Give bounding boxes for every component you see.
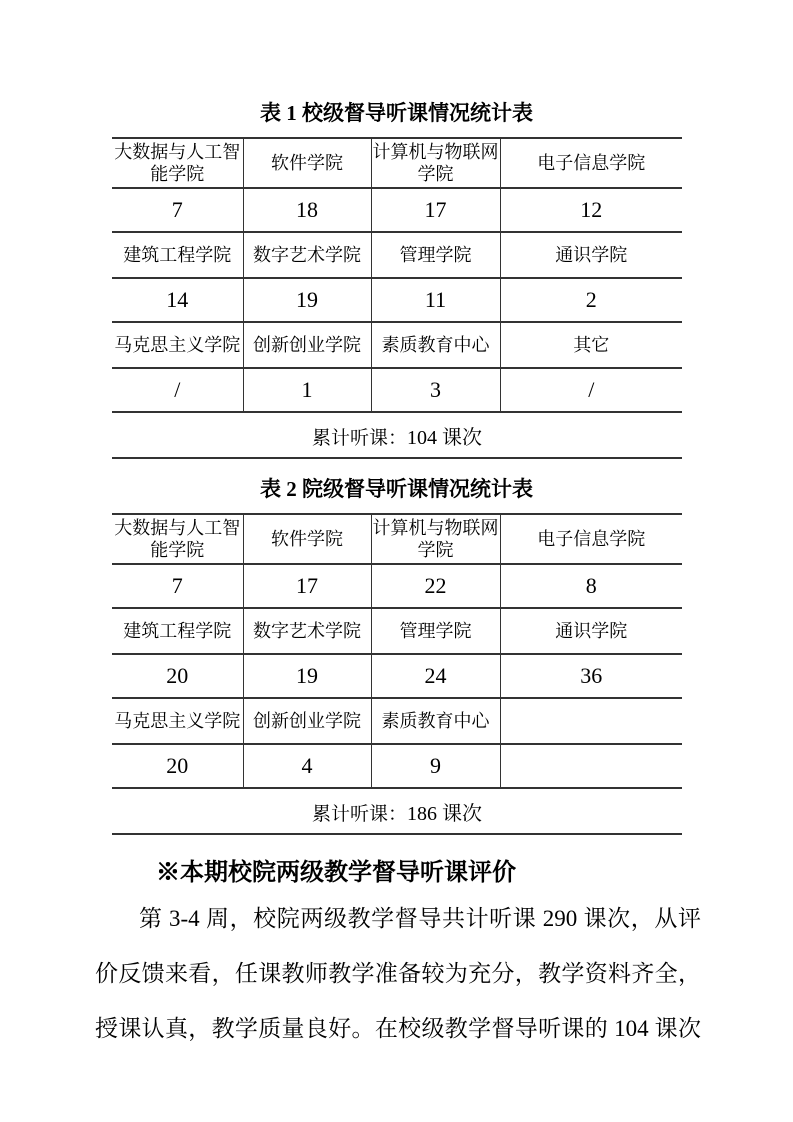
count-cell: 11 bbox=[371, 278, 500, 322]
document-page: 表 1 校级督导听课情况统计表 大数据与人工智能学院 软件学院 计算机与物联网学… bbox=[0, 0, 793, 1122]
table-row: 20 19 24 36 bbox=[112, 654, 682, 698]
dept-header-cell: 数字艺术学院 bbox=[243, 608, 371, 654]
count-cell: 12 bbox=[500, 188, 682, 232]
dept-header-cell bbox=[500, 698, 682, 744]
dept-header-cell: 创新创业学院 bbox=[243, 322, 371, 368]
count-cell: 4 bbox=[243, 744, 371, 788]
total-value: 186 课次 bbox=[407, 803, 482, 825]
count-cell: 36 bbox=[500, 654, 682, 698]
count-cell: 17 bbox=[243, 564, 371, 608]
table1-total-cell: 累计听课：104 课次 bbox=[112, 412, 682, 458]
table-row: 马克思主义学院 创新创业学院 素质教育中心 其它 bbox=[112, 322, 682, 368]
count-cell: / bbox=[112, 368, 243, 412]
dept-header-cell: 数字艺术学院 bbox=[243, 232, 371, 278]
dept-header-cell: 大数据与人工智能学院 bbox=[112, 138, 243, 188]
count-cell: / bbox=[500, 368, 682, 412]
count-cell: 2 bbox=[500, 278, 682, 322]
total-label: 累计听课： bbox=[312, 804, 407, 825]
dept-header-cell: 计算机与物联网学院 bbox=[371, 514, 500, 564]
table1-title: 表 1 校级督导听课情况统计表 bbox=[0, 100, 793, 126]
dept-header-cell: 建筑工程学院 bbox=[112, 608, 243, 654]
dept-header-cell: 马克思主义学院 bbox=[112, 698, 243, 744]
table-total-row: 累计听课：104 课次 bbox=[112, 412, 682, 458]
table-row: / 1 3 / bbox=[112, 368, 682, 412]
count-cell: 7 bbox=[112, 188, 243, 232]
paragraph-line: 第 3-4 周，校院两级教学督导共计听课 290 课次，从评 bbox=[95, 901, 701, 937]
dept-header-cell: 创新创业学院 bbox=[243, 698, 371, 744]
total-label: 累计听课： bbox=[312, 428, 407, 449]
section-heading: ※本期校院两级教学督导听课评价 bbox=[95, 857, 701, 889]
count-cell: 9 bbox=[371, 744, 500, 788]
dept-header-cell: 软件学院 bbox=[243, 138, 371, 188]
count-cell: 24 bbox=[371, 654, 500, 698]
count-cell: 18 bbox=[243, 188, 371, 232]
table-row: 马克思主义学院 创新创业学院 素质教育中心 bbox=[112, 698, 682, 744]
paragraph-line: 价反馈来看，任课教师教学准备较为充分，教学资料齐全， bbox=[95, 956, 701, 992]
dept-header-cell: 软件学院 bbox=[243, 514, 371, 564]
table2-title: 表 2 院级督导听课情况统计表 bbox=[0, 476, 793, 502]
count-cell: 20 bbox=[112, 654, 243, 698]
dept-header-cell: 素质教育中心 bbox=[371, 698, 500, 744]
dept-header-cell: 通识学院 bbox=[500, 232, 682, 278]
dept-header-cell: 通识学院 bbox=[500, 608, 682, 654]
table-row: 大数据与人工智能学院 软件学院 计算机与物联网学院 电子信息学院 bbox=[112, 138, 682, 188]
count-cell: 19 bbox=[243, 278, 371, 322]
table-row: 14 19 11 2 bbox=[112, 278, 682, 322]
count-cell: 14 bbox=[112, 278, 243, 322]
table2-total-cell: 累计听课：186 课次 bbox=[112, 788, 682, 834]
count-cell: 22 bbox=[371, 564, 500, 608]
table-row: 建筑工程学院 数字艺术学院 管理学院 通识学院 bbox=[112, 608, 682, 654]
dept-header-cell: 电子信息学院 bbox=[500, 138, 682, 188]
table-row: 20 4 9 bbox=[112, 744, 682, 788]
dept-header-cell: 管理学院 bbox=[371, 608, 500, 654]
dept-header-cell: 计算机与物联网学院 bbox=[371, 138, 500, 188]
dept-header-cell: 建筑工程学院 bbox=[112, 232, 243, 278]
total-value: 104 课次 bbox=[407, 427, 482, 449]
table-row: 7 18 17 12 bbox=[112, 188, 682, 232]
count-cell: 17 bbox=[371, 188, 500, 232]
count-cell: 19 bbox=[243, 654, 371, 698]
table1: 大数据与人工智能学院 软件学院 计算机与物联网学院 电子信息学院 7 18 17… bbox=[112, 137, 682, 459]
table-total-row: 累计听课：186 课次 bbox=[112, 788, 682, 834]
count-cell: 1 bbox=[243, 368, 371, 412]
count-cell: 3 bbox=[371, 368, 500, 412]
paragraph-line: 授课认真，教学质量良好。在校级教学督导听课的 104 课次 bbox=[95, 1011, 701, 1047]
dept-header-cell: 马克思主义学院 bbox=[112, 322, 243, 368]
dept-header-cell: 电子信息学院 bbox=[500, 514, 682, 564]
table-row: 建筑工程学院 数字艺术学院 管理学院 通识学院 bbox=[112, 232, 682, 278]
dept-header-cell: 管理学院 bbox=[371, 232, 500, 278]
table-row: 7 17 22 8 bbox=[112, 564, 682, 608]
count-cell: 7 bbox=[112, 564, 243, 608]
dept-header-cell: 大数据与人工智能学院 bbox=[112, 514, 243, 564]
count-cell bbox=[500, 744, 682, 788]
table-row: 大数据与人工智能学院 软件学院 计算机与物联网学院 电子信息学院 bbox=[112, 514, 682, 564]
dept-header-cell: 素质教育中心 bbox=[371, 322, 500, 368]
count-cell: 8 bbox=[500, 564, 682, 608]
table2: 大数据与人工智能学院 软件学院 计算机与物联网学院 电子信息学院 7 17 22… bbox=[112, 513, 682, 835]
dept-header-cell: 其它 bbox=[500, 322, 682, 368]
count-cell: 20 bbox=[112, 744, 243, 788]
